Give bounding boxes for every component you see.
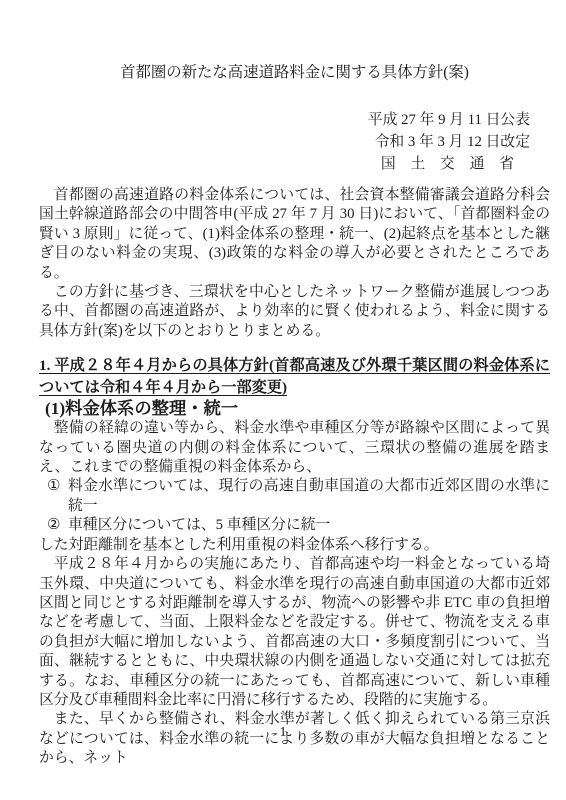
numbered-item-2: ② 車種区分については、5 車種区分に統一	[39, 516, 550, 535]
item-1-text: 料金水準については、現行の高速自動車国道の大都市近郊区間の水準に統一	[68, 477, 550, 516]
ministry-line: 国 土 交 通 省	[39, 153, 530, 175]
page-number: 1	[0, 724, 566, 742]
item-2-marker: ②	[47, 516, 68, 535]
numbered-list: ① 料金水準については、現行の高速自動車国道の大都市近郊区間の水準に統一 ② 車…	[39, 477, 550, 535]
item-2-text: 車種区分については、5 車種区分に統一	[68, 516, 550, 535]
numbered-item-1: ① 料金水準については、現行の高速自動車国道の大都市近郊区間の水準に統一	[39, 477, 550, 516]
body-paragraph-1: 平成２８年４月からの実施にあたり、首都高速や均一料金となっている埼玉外環、中央道…	[39, 555, 550, 710]
publish-date-line: 平成 27 年 9 月 11 日公表	[39, 109, 530, 131]
document-title: 首都圏の新たな高速道路料金に関する具体方針(案)	[39, 63, 550, 83]
item-1-marker: ①	[47, 477, 68, 516]
document-page: 首都圏の新たな高速道路料金に関する具体方針(案) 平成 27 年 9 月 11 …	[0, 0, 566, 800]
intro-paragraph-1: 首都圏の高速道路の料金体系については、社会資本整備審議会道路分科会国土幹線道路部…	[39, 186, 550, 283]
continuation-line: した対距離制を基本とした利用重視の料金体系へ移行する。	[39, 536, 550, 555]
subsection-lead-paragraph: 整備の経緯の違い等から、料金水準や車種区分等が路線や区間によって異なっている圏央…	[39, 419, 550, 477]
intro-paragraph-2: この方針に基づき、三環状を中心としたネットワーク整備が進展しつつある中、首都圏の…	[39, 283, 550, 341]
subsection-1-1-heading: (1)料金体系の整理・統一	[39, 398, 550, 419]
revise-date-line: 令和 3 年 3 月 12 日改定	[39, 131, 530, 153]
document-meta: 平成 27 年 9 月 11 日公表 令和 3 年 3 月 12 日改定 国 土…	[39, 109, 550, 175]
section-1-heading: 1. 平成２８年４月からの具体方針(首都高速及び外環千葉区間の料金体系については…	[39, 355, 550, 398]
